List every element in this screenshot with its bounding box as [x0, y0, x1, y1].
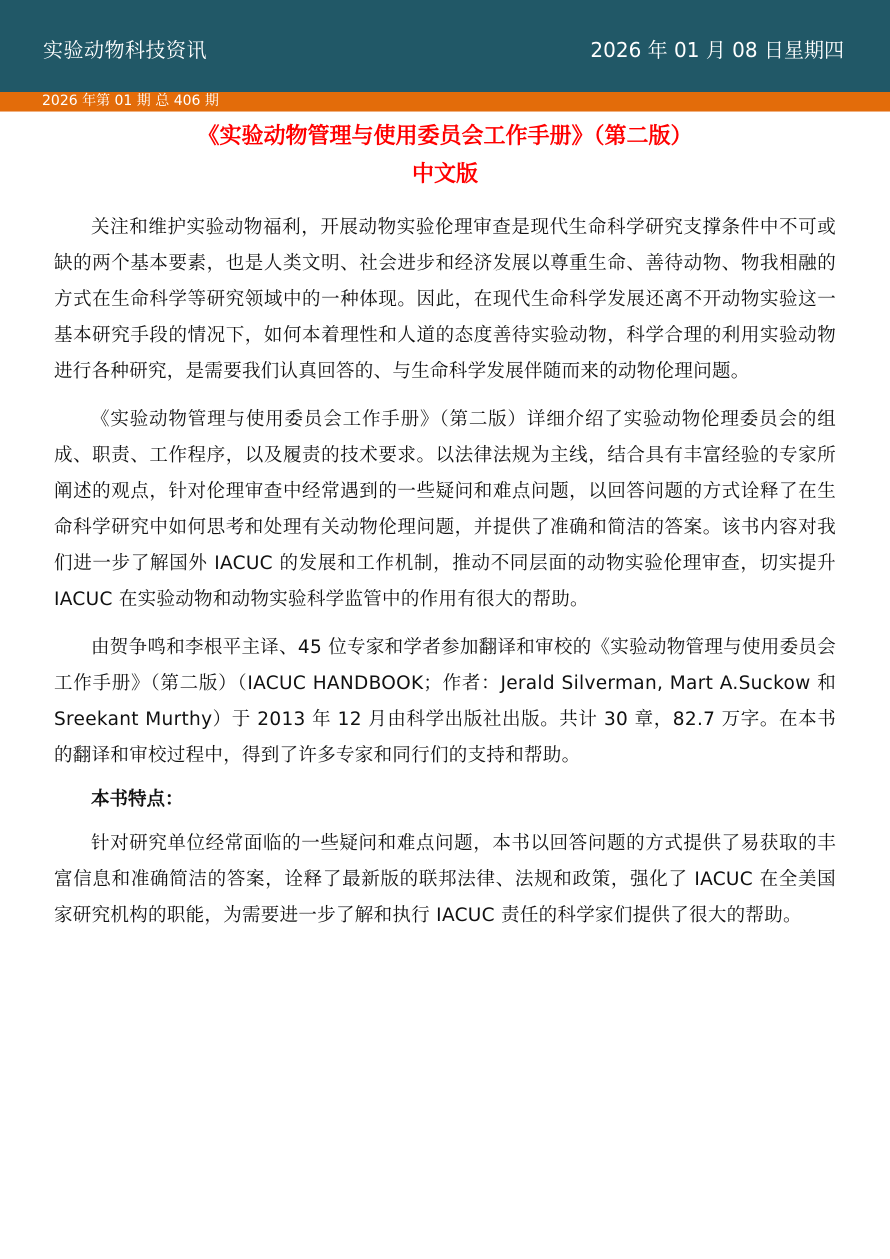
issue-number: 2026 年第 01 期 总 406 期 [42, 93, 219, 110]
masthead: 实验动物科技资讯 2026 年 01 月 08 日星期四 [0, 0, 890, 92]
article-title-line-2: 中文版 [0, 156, 890, 194]
publication-name: 实验动物科技资讯 [43, 34, 207, 63]
section-heading-features: 本书特点： [54, 782, 836, 818]
article-body: 关注和维护实验动物福利，开展动物实验伦理审查是现代生命科学研究支撑条件中不可或缺… [54, 210, 836, 940]
publication-date: 2026 年 01 月 08 日星期四 [590, 34, 844, 63]
paragraph-features: 针对研究单位经常面临的一些疑问和难点问题，本书以回答问题的方式提供了易获取的丰富… [54, 826, 836, 934]
article-title: 《实验动物管理与使用委员会工作手册》（第二版） 中文版 [0, 118, 890, 194]
paragraph-book-summary: 《实验动物管理与使用委员会工作手册》（第二版）详细介绍了实验动物伦理委员会的组成… [54, 402, 836, 618]
issue-bar: 2026 年第 01 期 总 406 期 [0, 92, 890, 112]
article-title-line-1: 《实验动物管理与使用委员会工作手册》（第二版） [0, 118, 890, 156]
paragraph-intro: 关注和维护实验动物福利，开展动物实验伦理审查是现代生命科学研究支撑条件中不可或缺… [54, 210, 836, 390]
paragraph-publication-info: 由贺争鸣和李根平主译、45 位专家和学者参加翻译和审校的《实验动物管理与使用委员… [54, 630, 836, 774]
